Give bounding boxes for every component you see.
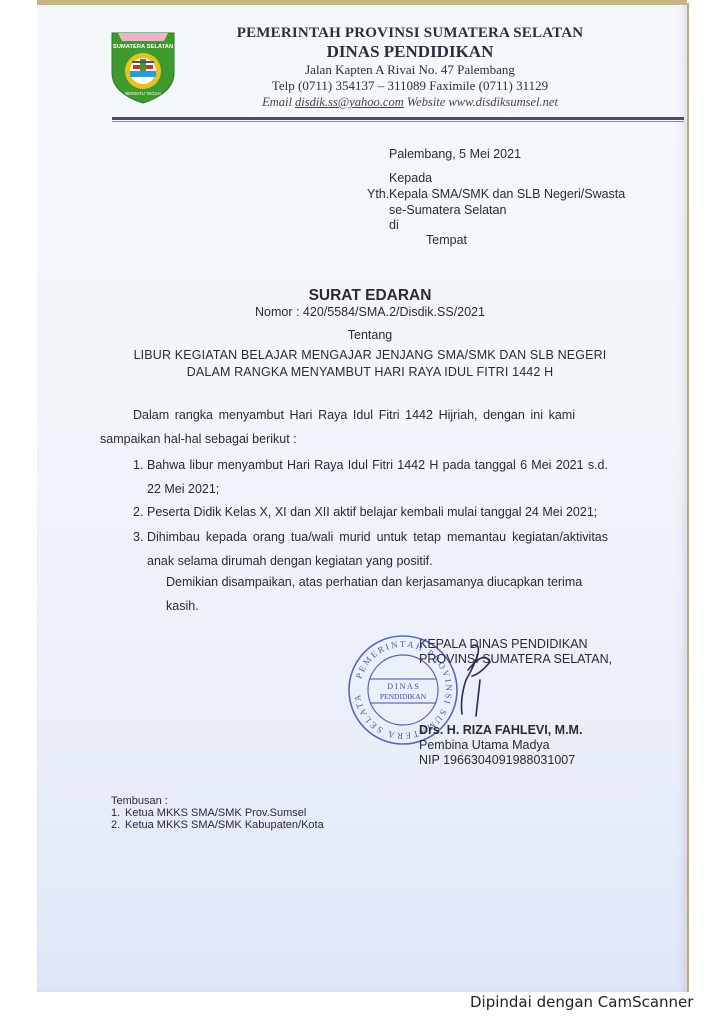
signatory-position-line2: PROVINSI SUMATERA SELATAN, [419, 651, 612, 667]
email-link[interactable]: disdik.ss@yahoo.com [295, 95, 404, 109]
yth-label: Yth. [367, 186, 389, 202]
list-item-number: 1. [133, 453, 143, 477]
website-link[interactable]: www.disdiksumsel.net [448, 95, 558, 109]
tempat-label: Tempat [426, 232, 467, 248]
di-label: di [389, 217, 399, 233]
svg-text:D I N A S: D I N A S [387, 682, 419, 691]
letterhead: PEMERINTAH PROVINSI SUMATERA SELATAN DIN… [200, 24, 620, 110]
kepada-label: Kepada [389, 170, 432, 186]
agency-phone: Telp (0711) 354137 – 311089 Faximile (07… [200, 78, 620, 94]
signatory-name: Drs. H. RIZA FAHLEVI, M.M. [419, 722, 582, 738]
subject-line2: DALAM RANGKA MENYAMBUT HARI RAYA IDUL FI… [110, 364, 630, 381]
letter-title: SURAT EDARAN [160, 287, 580, 305]
signatory-position-line1: KEPALA DINAS PENDIDIKAN [419, 636, 588, 652]
tentang-label: Tentang [160, 328, 580, 342]
list-item: Dihimbau kepada orang tua/wali murid unt… [147, 525, 608, 573]
recipient-line2: se-Sumatera Selatan [389, 202, 506, 218]
agency-contact: Email disdik.ss@yahoo.com Website www.di… [200, 94, 620, 110]
letterhead-divider [112, 117, 684, 120]
svg-text:PENDIDIKAN: PENDIDIKAN [380, 692, 427, 701]
letter-subject: LIBUR KEGIATAN BELAJAR MENGAJAR JENJANG … [110, 347, 630, 381]
place-date: Palembang, 5 Mei 2021 [389, 146, 521, 162]
tembusan-item: Ketua MKKS SMA/SMK Kabupaten/Kota [125, 819, 324, 832]
list-item-number: 3. [133, 525, 143, 549]
website-label: Website [407, 95, 445, 109]
subject-line1: LIBUR KEGIATAN BELAJAR MENGAJAR JENJANG … [110, 347, 630, 364]
letterhead-divider-thin [112, 121, 684, 122]
svg-text:BERSATU TEGUH: BERSATU TEGUH [125, 91, 160, 96]
signatory-rank: Pembina Utama Madya [419, 737, 550, 753]
list-item-number: 2. [133, 500, 143, 524]
handwritten-signature [450, 640, 500, 720]
letter-number: Nomor : 420/5584/SMA.2/Disdik.SS/2021 [160, 305, 580, 319]
svg-text:SUMATERA SELATAN: SUMATERA SELATAN [113, 44, 173, 50]
agency-name: DINAS PENDIDIKAN [200, 42, 620, 62]
intro-paragraph: Dalam rangka menyambut Hari Raya Idul Fi… [100, 403, 575, 451]
camscanner-watermark: Dipindai dengan CamScanner [470, 993, 693, 1011]
list-item: Bahwa libur menyambut Hari Raya Idul Fit… [147, 453, 608, 501]
recipient-line1: Kepala SMA/SMK dan SLB Negeri/Swasta [389, 186, 625, 202]
government-name: PEMERINTAH PROVINSI SUMATERA SELATAN [200, 24, 620, 42]
signatory-nip: NIP 196630409198803100​7 [419, 752, 575, 768]
province-emblem-logo: SUMATERA SELATAN BERSATU TEGUH [108, 27, 178, 105]
closing-paragraph: Demikian disampaikan, atas perhatian dan… [166, 570, 616, 618]
tembusan-number: 2. [111, 819, 120, 832]
list-item: Peserta Didik Kelas X, XI dan XII aktif … [147, 500, 617, 524]
email-label: Email [262, 95, 292, 109]
agency-address: Jalan Kapten A Rivai No. 47 Palembang [200, 62, 620, 78]
